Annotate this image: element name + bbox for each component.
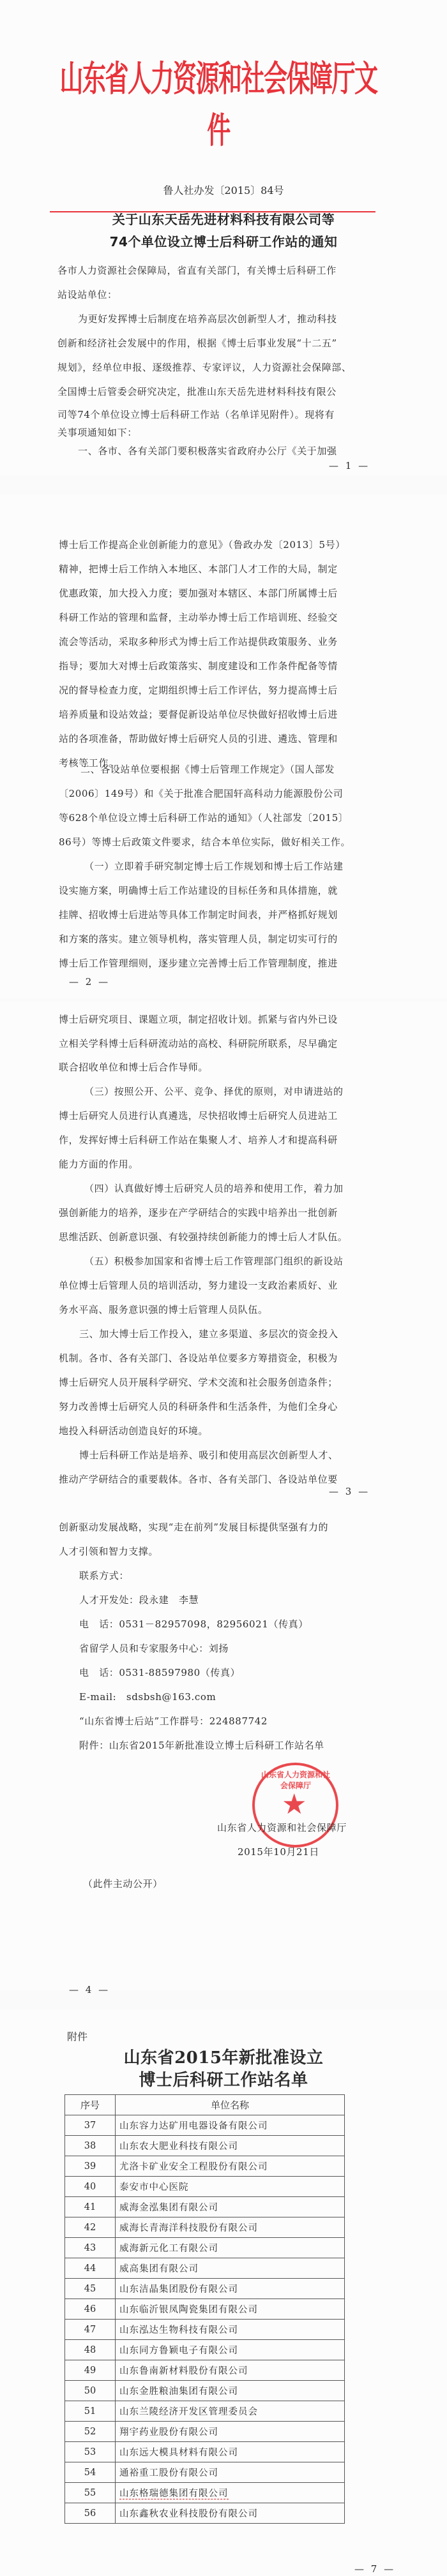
row-name: 山东临沂银凤陶瓷集团有限公司 — [116, 2299, 345, 2320]
body-line: 推动产学研结合的重要载体。各市、各有关部门、各设站单位要 — [59, 1473, 384, 1486]
table-row: 44威高集团有限公司 — [65, 2258, 345, 2279]
row-name: 泰安市中心医院 — [116, 2177, 345, 2197]
row-no: 54 — [65, 2462, 116, 2483]
row-no: 43 — [65, 2238, 116, 2258]
body-line: 司等74个单位设立博士后科研工作站（名单详见附件）。现将有 — [57, 408, 383, 421]
body-line: 二、各设站单位要根据《博士后管理工作规定》（国人部发 — [80, 763, 386, 776]
row-name: 山东远大模具材料有限公司 — [116, 2442, 345, 2462]
row-no: 56 — [65, 2503, 116, 2524]
table-row: 40泰安市中心医院 — [65, 2177, 345, 2197]
page-number: — 2 — — [69, 976, 110, 988]
row-name: 威海新元化工有限公司 — [116, 2238, 345, 2258]
disclosure-note: （此件主动公开） — [83, 1877, 211, 1890]
row-no: 42 — [65, 2217, 116, 2238]
row-name: 山东泓达生物科技有限公司 — [116, 2320, 345, 2340]
row-no: 46 — [65, 2299, 116, 2320]
row-no: 44 — [65, 2258, 116, 2279]
body-line: 博士后研究人员进行认真遴选，尽快招收博士后研究人员进站工 — [59, 1109, 384, 1122]
table-row: 48山东同方鲁颖电子有限公司 — [65, 2340, 345, 2360]
contact-dept-talent: 人才开发处：段永建 李慧 — [79, 1594, 384, 1606]
body-line: 机制。各市、各有关部门、各设站单位要多方筹措资金，积极为 — [59, 1352, 384, 1365]
station-list-table: 序号 单位名称 37山东容力达矿用电器设备有限公司 38山东农大肥业科技有限公司… — [64, 2094, 345, 2524]
row-no: 47 — [65, 2320, 116, 2340]
official-seal: 山东省人力资源和社会保障厅 ★ — [252, 1763, 338, 1847]
signature-org: 山东省人力资源和社会保障厅 — [217, 1821, 383, 1834]
column-header-no: 序号 — [65, 2095, 116, 2115]
body-line: 一、各市、各有关部门要积极落实省政府办公厅《关于加强 — [78, 445, 383, 457]
annex-label: 附件 — [67, 2029, 87, 2043]
row-name: 翔宇药业股份有限公司 — [116, 2422, 345, 2442]
body-line: 关事项通知如下： — [57, 426, 383, 439]
body-line: 博士后工作提高企业创新能力的意见》（鲁政办发〔2013〕5号） — [59, 538, 384, 551]
page-number: — 1 — — [329, 460, 370, 471]
body-line: 设实施方案，明确博士后工作站建设的目标任务和具体措施，就 — [59, 884, 384, 897]
body-line: （三）按照公开、公平、竞争、择优的原则，对申请进站的 — [84, 1085, 390, 1098]
column-header-name: 单位名称 — [116, 2095, 345, 2115]
body-line: 培养质量和设站效益；要督促新设站单位尽快做好招收博士后进 — [59, 708, 384, 721]
contact-phone-2: 电 话：0531-88597980（传真） — [79, 1666, 384, 1679]
body-line: 创新和经济社会发展中的作用，根据《博士后事业发展“十二五” — [57, 337, 383, 350]
body-line: 等628个单位设立博士后科研工作站的通知》（人社部发〔2015〕 — [59, 811, 384, 824]
row-name: 通裕重工股份有限公司 — [116, 2462, 345, 2483]
page-1: 山东省人力资源和社会保障厅文件 鲁人社办发〔2015〕84号 关于山东天岳先进材… — [0, 0, 447, 475]
body-line: 挂牌、招收博士后进站等具体工作制定时间表，并严格抓好规划 — [59, 908, 384, 921]
table-row: 51山东兰陵经济开发区管理委员会 — [65, 2401, 345, 2422]
star-icon: ★ — [282, 1791, 307, 1819]
row-no: 48 — [65, 2340, 116, 2360]
contact-heading: 联系方式： — [79, 1569, 384, 1582]
row-no: 50 — [65, 2381, 116, 2401]
body-line: 86号）等博士后政策文件要求，结合本单位实际，做好相关工作。 — [59, 836, 384, 848]
row-no: 53 — [65, 2442, 116, 2462]
row-name: 山东洁晶集团股份有限公司 — [116, 2279, 345, 2299]
row-no: 39 — [65, 2156, 116, 2177]
body-line: 博士后研究项目、课题立项，制定招收计划。抓紧与省内外已设 — [59, 1013, 384, 1026]
body-line: 精神，把博士后工作纳入本地区、本部门人才工作的大局，制定 — [59, 563, 384, 575]
table-row: 43威海新元化工有限公司 — [65, 2238, 345, 2258]
highlighted-company-name: 山东格瑞德集团有限公司 — [119, 2489, 229, 2499]
table-row: 42威海长青海洋科技股份有限公司 — [65, 2217, 345, 2238]
row-no: 52 — [65, 2422, 116, 2442]
body-line: 科研工作站的管理和监督，主动举办博士后工作培训班、经验交 — [59, 611, 384, 624]
row-name: 山东鑫秋农业科技股份有限公司 — [116, 2503, 345, 2524]
table-row: 38山东农大肥业科技有限公司 — [65, 2136, 345, 2156]
body-line: 地投入科研活动创造良好的环境。 — [59, 1425, 384, 1437]
table-row: 52翔宇药业股份有限公司 — [65, 2422, 345, 2442]
body-line: 指导；要加大对博士后政策落实、制度建设和工作条件配备等情 — [59, 660, 384, 672]
table-header-row: 序号 单位名称 — [65, 2095, 345, 2115]
row-no: 49 — [65, 2360, 116, 2381]
row-name: 威高集团有限公司 — [116, 2258, 345, 2279]
body-line: 优惠政策，加大投入力度；要加强对本辖区、本部门所属博士后 — [59, 587, 384, 600]
body-line: 博士后科研工作站是培养、吸引和使用高层次创新型人才、 — [79, 1449, 384, 1462]
page-number: — 3 — — [329, 1486, 370, 1497]
table-row: 53山东远大模具材料有限公司 — [65, 2442, 345, 2462]
document-number: 鲁人社办发〔2015〕84号 — [0, 182, 447, 197]
row-no: 45 — [65, 2279, 116, 2299]
row-no: 37 — [65, 2115, 116, 2136]
table-row: 45山东洁晶集团股份有限公司 — [65, 2279, 345, 2299]
row-no: 40 — [65, 2177, 116, 2197]
addressee-cont: 站设站单位： — [57, 288, 383, 301]
row-name: 山东容力达矿用电器设备有限公司 — [116, 2115, 345, 2136]
page-number: — 7 — — [354, 2563, 395, 2575]
contact-dept-expert-center: 省留学人员和专家服务中心：刘扬 — [79, 1642, 384, 1655]
seal-text: 山东省人力资源和社会保障厅 — [260, 1769, 331, 1791]
body-line: （四）认真做好博士后研究人员的培养和使用工作，着力加 — [84, 1182, 390, 1195]
body-line: 作，发挥好博士后科研工作站在集聚人才、培养人才和提高科研 — [59, 1134, 384, 1146]
row-no: 41 — [65, 2197, 116, 2217]
contact-email[interactable]: E-mail: sdsbsh@163.com — [79, 1691, 384, 1703]
body-line: 为更好发挥博士后制度在培养高层次创新型人才，推动科技 — [78, 313, 383, 325]
body-line: 博士后研究人员开展科学研究、学术交流和社会服务创造条件； — [59, 1376, 384, 1389]
table-row: 56山东鑫秋农业科技股份有限公司 — [65, 2503, 345, 2524]
body-line: 流会等活动，采取多种形式为博士后工作站提供政策服务、业务 — [59, 635, 384, 648]
attachment-note: 附件：山东省2015年新批准设立博士后科研工作站名单 — [79, 1739, 384, 1752]
body-line: 单位博士后管理人员的培训活动，努力建设一支政治素质好、业 — [59, 1279, 384, 1292]
row-name: 山东农大肥业科技有限公司 — [116, 2136, 345, 2156]
table-row: 47山东泓达生物科技有限公司 — [65, 2320, 345, 2340]
addressee: 各市人力资源社会保障局，省直有关部门，有关博士后科研工作 — [57, 264, 383, 277]
signature-date: 2015年10月21日 — [238, 1846, 365, 1858]
body-line: 站的各项准备，帮助做好博士后研究人员的引进、遴选、管理和 — [59, 732, 384, 745]
row-name: 山东兰陵经济开发区管理委员会 — [116, 2401, 345, 2422]
contact-work-group: “山东省博士后站”工作群号：224887742 — [79, 1715, 384, 1728]
body-line: 联合招收单位和博士后合作导师。 — [59, 1061, 384, 1074]
annex-title-line2: 博士后科研工作站名单 — [0, 2067, 447, 2091]
body-line: 人才引领和智力支撑。 — [59, 1545, 384, 1558]
row-no: 51 — [65, 2401, 116, 2422]
row-name: 山东同方鲁颖电子有限公司 — [116, 2340, 345, 2360]
row-name: 尤洛卡矿业安全工程股份有限公司 — [116, 2156, 345, 2177]
page-number: — 4 — — [69, 1984, 110, 1995]
annex-title-line1: 山东省2015年新批准设立 — [0, 2045, 447, 2068]
table-row: 37山东容力达矿用电器设备有限公司 — [65, 2115, 345, 2136]
row-name: 威海长青海洋科技股份有限公司 — [116, 2217, 345, 2238]
row-no: 55 — [65, 2483, 116, 2503]
row-name: 威海金泓集团有限公司 — [116, 2197, 345, 2217]
body-line: 立相关学科博士后科研流动站的高校、科研院所联系，尽早确定 — [59, 1037, 384, 1050]
table-row: 54通裕重工股份有限公司 — [65, 2462, 345, 2483]
body-line: 三、加大博士后工作投入，建立多渠道、多层次的资金投入 — [79, 1328, 384, 1340]
table-row-highlighted: 55山东格瑞德集团有限公司 — [65, 2483, 345, 2503]
table-row: 41威海金泓集团有限公司 — [65, 2197, 345, 2217]
table-row: 39尤洛卡矿业安全工程股份有限公司 — [65, 2156, 345, 2177]
body-line: 务水平高、服务意识强的博士后管理人员队伍。 — [59, 1303, 384, 1316]
row-no: 38 — [65, 2136, 116, 2156]
body-line: 思维活跃、创新意识强、有较强持续创新能力的博士后人才队伍。 — [59, 1231, 384, 1243]
body-line: 创新驱动发展战略，实现“走在前列”发展目标提供坚强有力的 — [59, 1521, 384, 1534]
table-row: 50山东金胜粮油集团有限公司 — [65, 2381, 345, 2401]
body-line: 博士后工作管理细则，逐步建立完善博士后工作管理制度，推进 — [59, 957, 384, 970]
row-name: 山东金胜粮油集团有限公司 — [116, 2381, 345, 2401]
body-line: 规划》，经单位申报、逐级推荐、专家评议，人力资源社会保障部、 — [57, 361, 383, 374]
body-line: 和方案的落实。建立领导机构，落实管理人员，制定切实可行的 — [59, 933, 384, 945]
body-line: 强创新能力的培养，逐步在产学研结合的实践中培养出一批创新 — [59, 1206, 384, 1219]
body-line: 全国博士后管委会研究决定，批准山东天岳先进材料科技有限公 — [57, 385, 383, 398]
notice-title-line1: 关于山东天岳先进材料科技有限公司等 — [0, 209, 447, 228]
notice-title-line2: 74个单位设立博士后科研工作站的通知 — [0, 232, 447, 250]
body-line: 况的督导检查力度，定期组织博士后工作评估，努力提高博士后 — [59, 684, 384, 697]
contact-phone-1: 电 话：0531－82957098，82956021（传真） — [79, 1618, 384, 1631]
row-name: 山东鲁南新材料股份有限公司 — [116, 2360, 345, 2381]
body-line: 努力改善博士后研究人员的科研条件和生活条件，为他们全身心 — [59, 1400, 384, 1413]
issuer-title: 山东省人力资源和社会保障厅文件 — [59, 50, 378, 153]
body-line: 〔2006〕149号）和《关于批准合肥国轩高科动力能源股份公司 — [59, 787, 384, 800]
row-name: 山东格瑞德集团有限公司 — [116, 2483, 345, 2503]
table-row: 49山东鲁南新材料股份有限公司 — [65, 2360, 345, 2381]
page-3 — [0, 1002, 447, 1493]
body-line: 能力方面的作用。 — [59, 1158, 384, 1171]
table-row: 46山东临沂银凤陶瓷集团有限公司 — [65, 2299, 345, 2320]
body-line: （一）立即着手研究制定博士后工作规划和博士后工作站建 — [84, 860, 390, 873]
body-line: （五）积极参加国家和省博士后工作管理部门组织的新设站 — [84, 1255, 390, 1268]
